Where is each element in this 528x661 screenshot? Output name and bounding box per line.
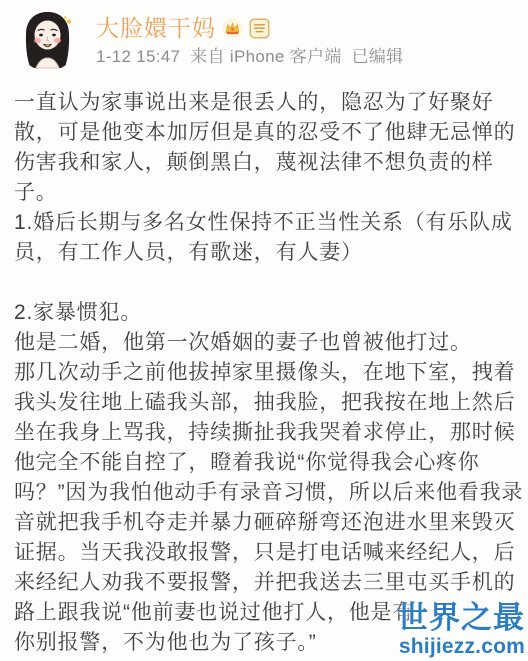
post-source: 来自 iPhone 客户端 [190, 47, 341, 66]
post-time: 1-12 15:47 [96, 47, 180, 66]
author-name-row: 大脸嬛干妈 [96, 15, 403, 41]
post-header: 大脸嬛干妈 1-12 15:47来自 i [0, 0, 528, 71]
vip-crown-icon[interactable] [222, 18, 243, 39]
post-content-text: 一直认为家事说出来是很丢人的，隐忍为了好聚好 散，可是他变本加厉但是真的忍受不了… [14, 88, 526, 658]
weibo-post-screenshot: 大脸嬛干妈 1-12 15:47来自 i [0, 0, 528, 661]
post-edited-label: 已编辑 [352, 47, 404, 66]
username[interactable]: 大脸嬛干妈 [96, 15, 216, 41]
post-meta: 1-12 15:47来自 iPhone 客户端已编辑 [96, 47, 403, 66]
author-info: 大脸嬛干妈 1-12 15:47来自 i [96, 8, 403, 71]
woman-illustration-icon [16, 8, 79, 71]
avatar[interactable] [16, 8, 79, 71]
vip-card-icon[interactable] [249, 18, 270, 39]
